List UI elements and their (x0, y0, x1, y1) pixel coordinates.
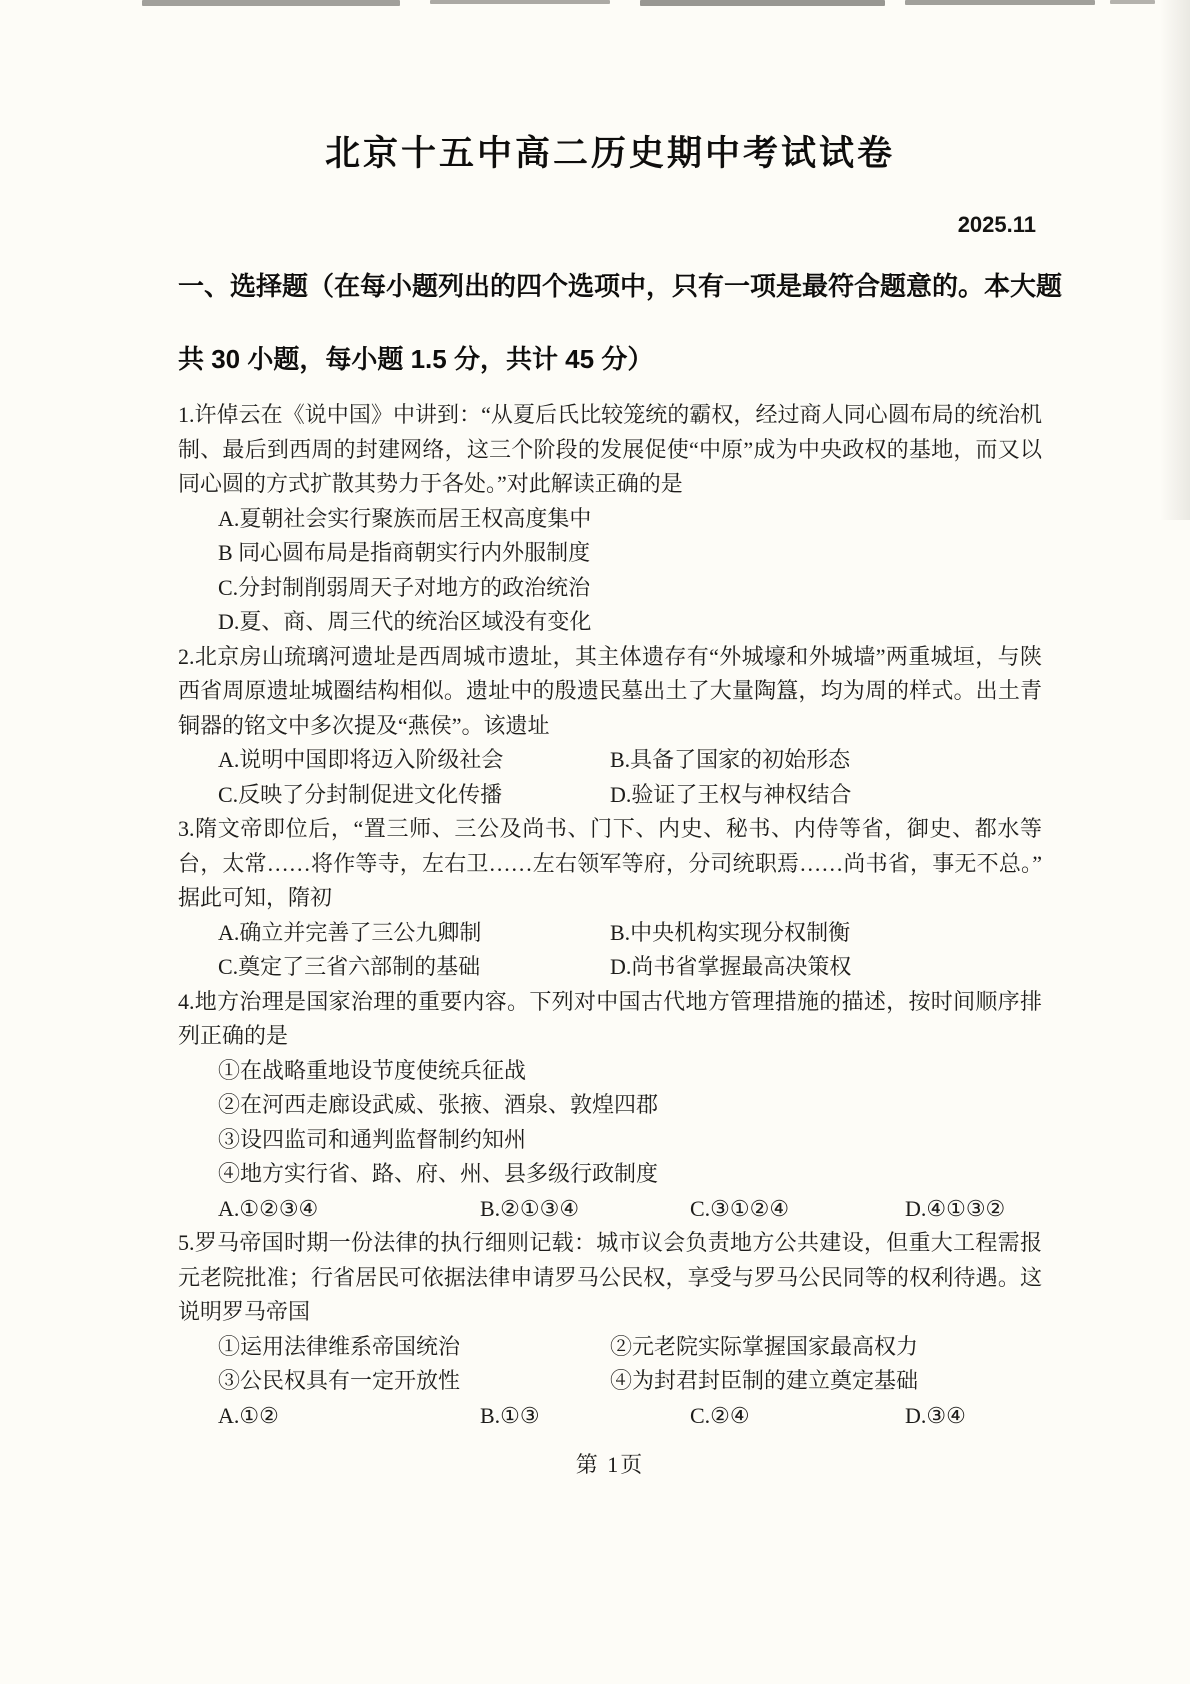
page-content: 北京十五中高二历史期中考试试卷 2025.11 一、选择题（在每小题列出的四个选… (178, 0, 1042, 1433)
question-4-options: A.①②③④ B.②①③④ C.③①②④ D.④①③② (178, 1192, 1042, 1227)
option-c: C.分封制削弱周天子对地方的政治统治 (178, 571, 1042, 606)
option-a: A.①②③④ (178, 1192, 440, 1227)
option-d: D.④①③② (865, 1192, 1042, 1227)
section-heading-line2: 共 30 小题，每小题 1.5 分，共计 45 分） (178, 339, 1042, 376)
option-b: B.①③ (440, 1399, 650, 1434)
question-5-stem: 5.罗马帝国时期一份法律的执行细则记载：城市议会负责地方公共建设，但重大工程需报… (178, 1226, 1042, 1330)
option-c: C.②④ (650, 1399, 865, 1434)
option-a: A.确立并完善了三公九卿制 (178, 916, 610, 951)
option-a: A.夏朝社会实行聚族而居王权高度集中 (178, 502, 1042, 537)
question-4-stem: 4.地方治理是国家治理的重要内容。下列对中国古代地方管理措施的描述，按时间顺序排… (178, 985, 1042, 1054)
scan-artifact (1110, 0, 1155, 4)
question-5: 5.罗马帝国时期一份法律的执行细则记载：城市议会负责地方公共建设，但重大工程需报… (178, 1226, 1042, 1433)
question-3: 3.隋文帝即位后，“置三师、三公及尚书、门下、内史、秘书、内侍等省，御史、都水等… (178, 812, 1042, 985)
question-5-options: A.①② B.①③ C.②④ D.③④ (178, 1399, 1042, 1434)
question-5-items: ①运用法律维系帝国统治 ②元老院实际掌握国家最高权力 ③公民权具有一定开放性 ④… (178, 1330, 1042, 1399)
item-2: ②在河西走廊设武威、张掖、酒泉、敦煌四郡 (178, 1088, 1042, 1123)
item-3: ③设四监司和通判监督制约知州 (178, 1123, 1042, 1158)
item-3: ③公民权具有一定开放性 (178, 1364, 610, 1399)
item-4: ④为封君封臣制的建立奠定基础 (610, 1364, 1042, 1399)
question-3-options: A.确立并完善了三公九卿制 B.中央机构实现分权制衡 C.奠定了三省六部制的基础… (178, 916, 1042, 985)
questions-body: 1.许倬云在《说中国》中讲到：“从夏后氏比较笼统的霸权，经过商人同心圆布局的统治… (178, 398, 1042, 1433)
option-b: B.②①③④ (440, 1192, 650, 1227)
question-1-stem: 1.许倬云在《说中国》中讲到：“从夏后氏比较笼统的霸权，经过商人同心圆布局的统治… (178, 398, 1042, 502)
option-d: D.③④ (865, 1399, 1042, 1434)
question-2-options: A.说明中国即将迈入阶级社会 B.具备了国家的初始形态 C.反映了分封制促进文化… (178, 743, 1042, 812)
item-2: ②元老院实际掌握国家最高权力 (610, 1330, 1042, 1365)
question-2-stem: 2.北京房山琉璃河遗址是西周城市遗址，其主体遗存有“外城壕和外城墙”两重城垣，与… (178, 640, 1042, 744)
option-c: C.③①②④ (650, 1192, 865, 1227)
scan-edge-shadow (1160, 0, 1190, 520)
question-4: 4.地方治理是国家治理的重要内容。下列对中国古代地方管理措施的描述，按时间顺序排… (178, 985, 1042, 1227)
option-a: A.说明中国即将迈入阶级社会 (178, 743, 610, 778)
option-c: C.奠定了三省六部制的基础 (178, 950, 610, 985)
option-d: D.尚书省掌握最高决策权 (610, 950, 1042, 985)
question-1-options: A.夏朝社会实行聚族而居王权高度集中 B 同心圆布局是指商朝实行内外服制度 C.… (178, 502, 1042, 640)
item-1: ①在战略重地设节度使统兵征战 (178, 1054, 1042, 1089)
exam-paper-page: 北京十五中高二历史期中考试试卷 2025.11 一、选择题（在每小题列出的四个选… (0, 0, 1190, 1684)
question-4-items: ①在战略重地设节度使统兵征战 ②在河西走廊设武威、张掖、酒泉、敦煌四郡 ③设四监… (178, 1054, 1042, 1192)
question-2: 2.北京房山琉璃河遗址是西周城市遗址，其主体遗存有“外城壕和外城墙”两重城垣，与… (178, 640, 1042, 813)
question-1: 1.许倬云在《说中国》中讲到：“从夏后氏比较笼统的霸权，经过商人同心圆布局的统治… (178, 398, 1042, 640)
option-c: C.反映了分封制促进文化传播 (178, 778, 610, 813)
item-1: ①运用法律维系帝国统治 (178, 1330, 610, 1365)
option-b: B.中央机构实现分权制衡 (610, 916, 1042, 951)
item-4: ④地方实行省、路、府、州、县多级行政制度 (178, 1157, 1042, 1192)
page-title: 北京十五中高二历史期中考试试卷 (178, 126, 1042, 176)
section-heading-line1: 一、选择题（在每小题列出的四个选项中，只有一项是最符合题意的。本大题 (178, 266, 1042, 303)
question-3-stem: 3.隋文帝即位后，“置三师、三公及尚书、门下、内史、秘书、内侍等省，御史、都水等… (178, 812, 1042, 916)
option-d: D.夏、商、周三代的统治区域没有变化 (178, 605, 1042, 640)
option-d: D.验证了王权与神权结合 (610, 778, 1042, 813)
option-a: A.①② (178, 1399, 440, 1434)
exam-date: 2025.11 (178, 212, 1042, 238)
option-b: B 同心圆布局是指商朝实行内外服制度 (178, 536, 1042, 571)
page-number-footer: 第 1页 (178, 1448, 1042, 1479)
option-b: B.具备了国家的初始形态 (610, 743, 1042, 778)
